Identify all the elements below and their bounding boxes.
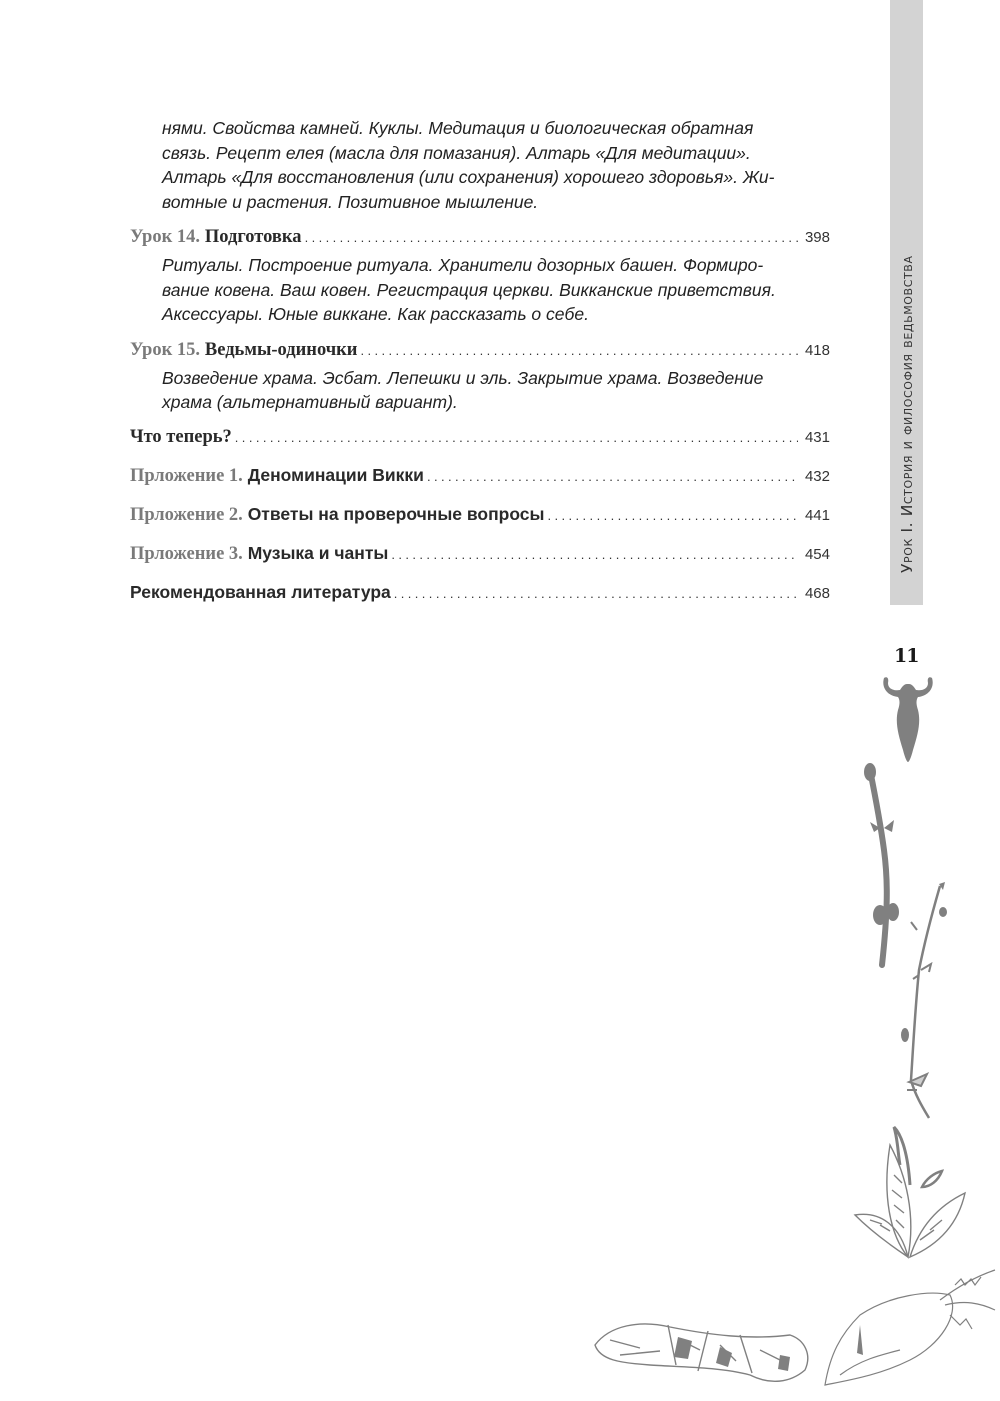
entry-title: Ответы на проверочные вопросы <box>248 502 545 526</box>
entry-page-number: 431 <box>802 426 830 450</box>
desc-line: нями. Свойства камней. Куклы. Медитация … <box>162 118 753 138</box>
entry-page-number: 454 <box>802 543 830 567</box>
entry-title: Подготовка <box>205 225 302 249</box>
entry-prefix: Урок 15. <box>130 338 200 362</box>
toc-entry-lesson-14[interactable]: Урок 14. Подготовка 398 <box>130 224 830 250</box>
plantain-plant-icon <box>850 1125 980 1265</box>
entry-page-number: 441 <box>802 504 830 528</box>
entry-prefix: Прложение 3. <box>130 542 243 566</box>
entry-title: Что теперь? <box>130 425 232 449</box>
desc-line: Возведение храма. Эсбат. Лепешки и эль. … <box>162 368 763 388</box>
table-of-contents: нями. Свойства камней. Куклы. Медитация … <box>130 116 830 606</box>
toc-entry-lesson-15[interactable]: Урок 15. Ведьмы-одиночки 418 <box>130 337 830 363</box>
running-title: Урок I. История и философия ведьмовства <box>898 255 916 573</box>
toc-entry-appendix-3[interactable]: Прложение 3. Музыка и чанты 454 <box>130 541 830 567</box>
entry-title: Ведьмы-одиночки <box>205 338 358 362</box>
entry-description: Ритуалы. Построение ритуала. Хранители д… <box>130 253 830 327</box>
desc-line: Алтарь «Для восстановления (или сохранен… <box>162 167 774 187</box>
entry-page-number: 468 <box>802 582 830 606</box>
entry-page-number: 398 <box>802 226 830 250</box>
dot-leader <box>547 504 798 528</box>
desc-line: вотные и растения. Позитивное мышление. <box>162 192 538 212</box>
desc-line: связь. Рецепт елея (масла для помазания)… <box>162 143 751 163</box>
desc-line: Ритуалы. Построение ритуала. Хранители д… <box>162 255 763 275</box>
dot-leader <box>394 582 798 606</box>
entry-prefix: Прложение 2. <box>130 503 243 527</box>
herb-sprig-icon <box>820 1265 1000 1390</box>
dot-leader <box>427 465 798 489</box>
entry-prefix: Прложение 1. <box>130 464 243 488</box>
page-number: 11 <box>894 645 918 667</box>
lead-description: нями. Свойства камней. Куклы. Медитация … <box>130 116 830 214</box>
toc-entry-appendix-2[interactable]: Прложение 2. Ответы на проверочные вопро… <box>130 502 830 528</box>
entry-title: Деноминации Викки <box>248 463 424 487</box>
entry-description: Возведение храма. Эсбат. Лепешки и эль. … <box>130 366 830 415</box>
dot-leader <box>235 426 798 450</box>
dot-leader <box>360 339 798 363</box>
dot-leader <box>305 226 798 250</box>
entry-title: Рекомендованная литература <box>130 580 391 604</box>
entry-page-number: 418 <box>802 339 830 363</box>
flowering-twig-icon <box>895 880 955 1120</box>
desc-line: храма (альтернативный вариант). <box>162 392 458 412</box>
entry-prefix: Урок 14. <box>130 225 200 249</box>
desc-line: Аксессуары. Юные виккане. Как рассказать… <box>162 304 589 324</box>
toc-entry-recommended-reading[interactable]: Рекомендованная литература 468 <box>130 580 830 606</box>
toc-entry-appendix-1[interactable]: Прложение 1. Деноминации Викки 432 <box>130 463 830 489</box>
entry-title: Музыка и чанты <box>248 541 389 565</box>
desc-line: вание ковена. Ваш ковен. Регистрация цер… <box>162 280 776 300</box>
herb-bundle-icon <box>590 1295 820 1390</box>
toc-entry-what-now[interactable]: Что теперь? 431 <box>130 425 830 450</box>
entry-page-number: 432 <box>802 465 830 489</box>
running-title-band: Урок I. История и философия ведьмовства <box>890 0 923 605</box>
dot-leader <box>391 543 798 567</box>
goddess-figure-icon <box>878 670 938 765</box>
